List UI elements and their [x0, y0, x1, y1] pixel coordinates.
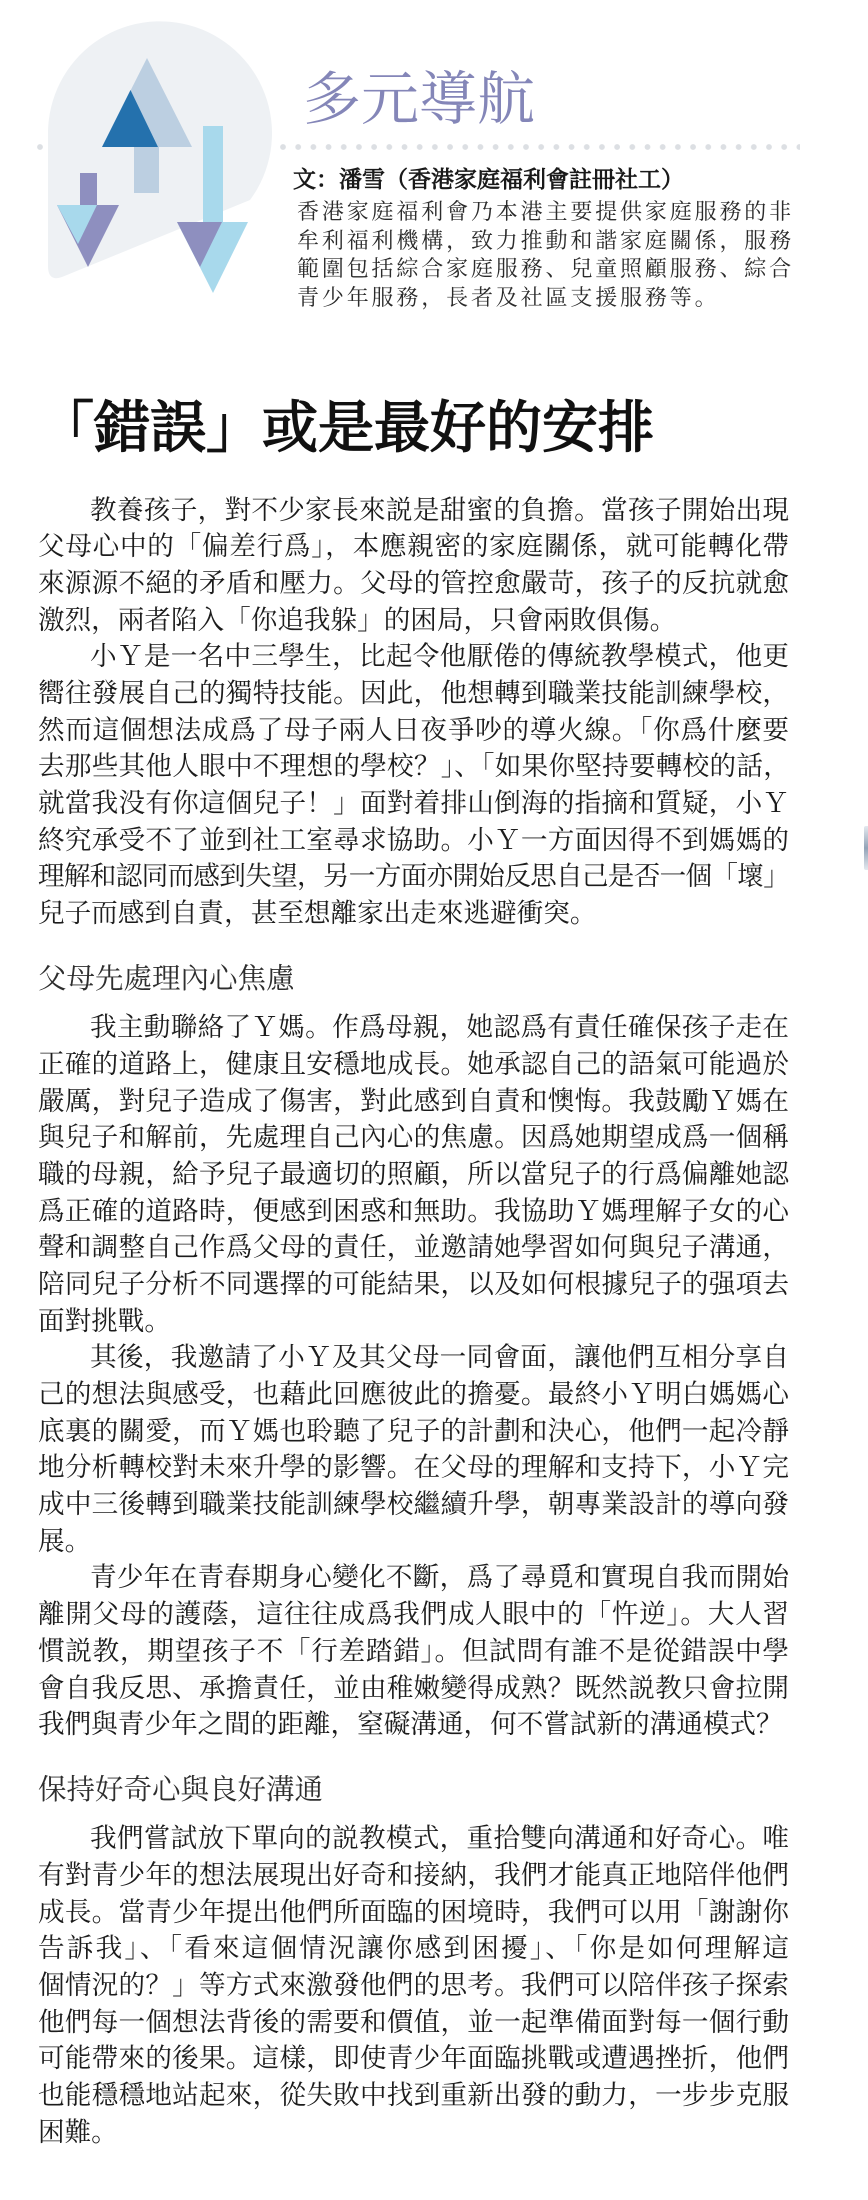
organization-description: 香港家庭福利會乃本港主要提供家庭服務的非 牟利福利機構，致力推動和諧家庭關係，服… — [297, 199, 802, 314]
paragraph-line: 離開父母的護蔭，這往往成爲我們成人眼中的「忤逆」。大人習 — [38, 1597, 789, 1634]
paragraph-line: 激烈，兩者陷入「你追我躲」的困局，只會兩敗俱傷。 — [38, 603, 789, 640]
paragraph-line: 終究承受不了並到社工室尋求協助。小Ｙ一方面因得不到媽媽的 — [38, 823, 789, 860]
paragraph: 我們嘗試放下單向的説教模式，重拾雙向溝通和好奇心。唯 有對青少年的想法展現出好奇… — [38, 1821, 789, 2151]
paragraph: 其後，我邀請了小Ｙ及其父母一同會面，讓他們互相分享自 己的想法與感受，也藉此回應… — [38, 1340, 789, 1560]
paragraph-line: 告訴我」、「看來這個情況讓你感到困擾」、「你是如何理解這 — [38, 1931, 789, 1968]
paragraph-line: 我們嘗試放下單向的説教模式，重拾雙向溝通和好奇心。唯 — [38, 1821, 789, 1858]
paragraph-line: 青少年在青春期身心變化不斷，爲了尋覓和實現自我而開始 — [38, 1560, 789, 1597]
description-line: 牟利福利機構，致力推動和諧家庭關係，服務 — [297, 228, 802, 257]
description-line: 香港家庭福利會乃本港主要提供家庭服務的非 — [297, 199, 802, 228]
paragraph-line: 展。 — [38, 1524, 789, 1561]
up-down-arrows-icon — [0, 0, 300, 310]
paragraph-line: 去那些其他人眼中不理想的學校？」、「如果你堅持要轉校的話， — [38, 749, 789, 786]
paragraph-line: 己的想法與感受，也藉此回應彼此的擔憂。最終小Ｙ明白媽媽心 — [38, 1377, 789, 1414]
paragraph-line: 嚴厲，對兒子造成了傷害，對此感到自責和懊悔。我鼓勵Ｙ媽在 — [38, 1084, 789, 1121]
article-section-curiosity-communication: 保持好奇心與良好溝通 我們嘗試放下單向的説教模式，重拾雙向溝通和好奇心。唯 有對… — [38, 1772, 789, 2151]
paragraph-line: 父母心中的「偏差行爲」，本應親密的家庭關係，就可能轉化帶 — [38, 529, 789, 566]
paragraph-line: 也能穩穩地站起來，從失敗中找到重新出發的動力，一步步克服 — [38, 2078, 789, 2115]
column-title: 多元導航 — [303, 70, 535, 128]
article-body: 教養孩子，對不少家長來説是甜蜜的負擔。當孩子開始出現 父母心中的「偏差行爲」，本… — [38, 493, 789, 2152]
paragraph-line: 嚮往發展自己的獨特技能。因此，他想轉到職業技能訓練學校， — [38, 676, 789, 713]
paragraph-line: 然而這個想法成爲了母子兩人日夜爭吵的導火線。「你爲什麼要 — [38, 713, 789, 750]
description-line: 範圍包括綜合家庭服務、兒童照顧服務、綜合 — [297, 256, 802, 285]
paragraph-line: 成長。當青少年提出他們所面臨的困境時，我們可以用「謝謝你 — [38, 1895, 789, 1932]
paragraph-line: 與兒子和解前，先處理自己內心的焦慮。因爲她期望成爲一個稱 — [38, 1120, 789, 1157]
paragraph-line: 個情況的？」等方式來激發他們的思考。我們可以陪伴孩子探索 — [38, 1968, 789, 2005]
paragraph-line: 正確的道路上，健康且安穩地成長。她承認自己的語氣可能過於 — [38, 1047, 789, 1084]
paragraph-line: 聲和調整自己作爲父母的責任，並邀請她學習如何與兒子溝通， — [38, 1230, 789, 1267]
paragraph-line: 陪同兒子分析不同選擇的可能結果，以及如何根據兒子的强項去 — [38, 1267, 789, 1304]
paragraph-line: 爲正確的道路時，便感到困惑和無助。我協助Ｙ媽理解子女的心 — [38, 1194, 789, 1231]
description-line: 青少年服務，長者及社區支援服務等。 — [297, 285, 802, 314]
paragraph-line: 他們每一個想法背後的需要和價值，並一起準備面對每一個行動 — [38, 2005, 789, 2042]
paragraph-line: 來源源不絕的矛盾和壓力。父母的管控愈嚴苛，孩子的反抗就愈 — [38, 566, 789, 603]
paragraph-line: 兒子而感到自責，甚至想離家出走來逃避衝突。 — [38, 896, 789, 933]
author-byline: 文：潘雪（香港家庭福利會註冊社工） — [293, 166, 684, 194]
paragraph: 教養孩子，對不少家長來説是甜蜜的負擔。當孩子開始出現 父母心中的「偏差行爲」，本… — [38, 493, 789, 640]
paragraph-line: 底裏的關愛，而Ｙ媽也聆聽了兒子的計劃和決心，他們一起冷靜 — [38, 1414, 789, 1451]
article-section-parents-anxiety: 父母先處理內心焦慮 我主動聯絡了Ｙ媽。作爲母親，她認爲有責任確保孩子走在 正確的… — [38, 961, 789, 1743]
paragraph-line: 會自我反思、承擔責任，並由稚嫩變得成熟？既然説教只會拉開 — [38, 1671, 789, 1708]
paragraph-line: 教養孩子，對不少家長來説是甜蜜的負擔。當孩子開始出現 — [38, 493, 789, 530]
page-edge-mark — [864, 826, 868, 870]
paragraph: 青少年在青春期身心變化不斷，爲了尋覓和實現自我而開始 離開父母的護蔭，這往往成爲… — [38, 1560, 789, 1743]
paragraph-line: 慣説教，期望孩子不「行差踏錯」。但試問有誰不是從錯誤中學 — [38, 1634, 789, 1671]
article-headline: 「錯誤」或是最好的安排 — [38, 400, 654, 456]
paragraph-line: 小Ｙ是一名中三學生，比起令他厭倦的傳統教學模式，他更 — [38, 639, 789, 676]
paragraph-line: 面對挑戰。 — [38, 1304, 789, 1341]
paragraph-line: 困難。 — [38, 2115, 789, 2152]
paragraph-line: 其後，我邀請了小Ｙ及其父母一同會面，讓他們互相分享自 — [38, 1340, 789, 1377]
up-arrow-stem — [134, 146, 159, 193]
paragraph: 我主動聯絡了Ｙ媽。作爲母親，她認爲有責任確保孩子走在 正確的道路上，健康且安穩地… — [38, 1010, 789, 1340]
article-section-intro: 教養孩子，對不少家長來説是甜蜜的負擔。當孩子開始出現 父母心中的「偏差行爲」，本… — [38, 493, 789, 933]
paragraph-line: 地分析轉校對未來升學的影響。在父母的理解和支持下，小Ｙ完 — [38, 1450, 789, 1487]
paragraph: 小Ｙ是一名中三學生，比起令他厭倦的傳統教學模式，他更 嚮往發展自己的獨特技能。因… — [38, 639, 789, 933]
small-down-arrow-stem — [80, 173, 97, 206]
paragraph-line: 有對青少年的想法展現出好奇和接納，我們才能真正地陪伴他們 — [38, 1858, 789, 1895]
paragraph-line: 可能帶來的後果。這樣，即使青少年面臨挑戰或遭遇挫折，他們 — [38, 2041, 789, 2078]
paragraph-line: 就當我没有你這個兒子！」面對着排山倒海的指摘和質疑，小Ｙ — [38, 786, 789, 823]
paragraph-line: 職的母親，給予兒子最適切的照顧，所以當兒子的行爲偏離她認 — [38, 1157, 789, 1194]
section-subheading: 保持好奇心與良好溝通 — [38, 1772, 789, 1809]
paragraph-line: 我們與青少年之間的距離，窒礙溝通，何不嘗試新的溝通模式？ — [38, 1707, 789, 1744]
section-subheading: 父母先處理內心焦慮 — [38, 961, 789, 998]
large-down-arrow-stem — [203, 126, 223, 223]
paragraph-line: 成中三後轉到職業技能訓練學校繼續升學，朝專業設計的導向發 — [38, 1487, 789, 1524]
paragraph-line: 我主動聯絡了Ｙ媽。作爲母親，她認爲有責任確保孩子走在 — [38, 1010, 789, 1047]
paragraph-line: 理解和認同而感到失望，另一方面亦開始反思自己是否一個「壞」 — [38, 859, 789, 896]
